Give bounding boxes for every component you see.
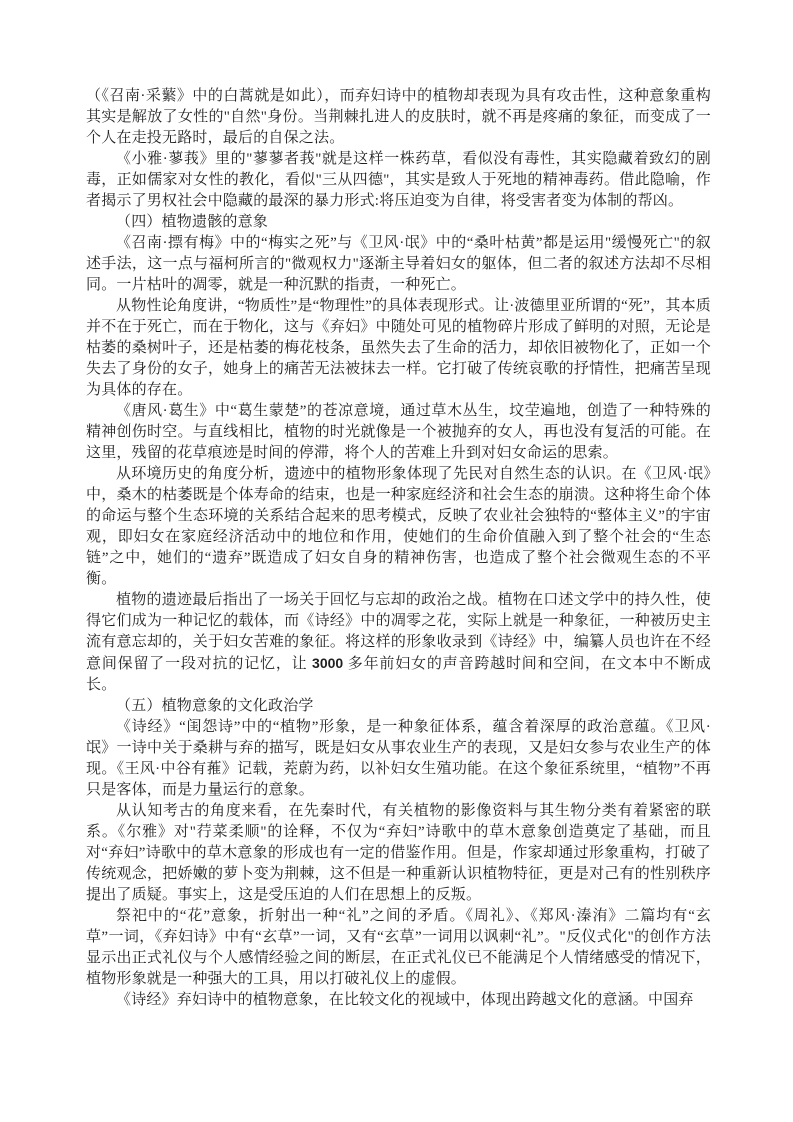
paragraph: 植物的遗迹最后指出了一场关于回忆与忘却的政治之战。植物在口述文学中的持久性，使得…	[86, 590, 711, 696]
inline-number: 3000	[312, 655, 343, 671]
paragraph: 从认知考古的角度来看，在先秦时代，有关植物的影像资料与其生物分类有着紧密的联系。…	[86, 801, 711, 906]
document-page: （《召南·采蘩》中的白蒿就是如此），而弃妇诗中的植物却表现为具有攻击性，这种意象…	[86, 86, 711, 1011]
paragraph: 《召南·摽有梅》中的“梅实之死”与《卫风·氓》中的“桑叶枯黄”都是运用"缓慢死亡…	[86, 233, 711, 296]
paragraph: 《诗经》“闺怨诗”中的“植物”形象，是一种象征体系，蕴含着深厚的政治意蕴。《卫风…	[86, 717, 711, 801]
section-heading: （五）植物意象的文化政治学	[86, 696, 711, 717]
paragraph: 从环境历史的角度分析，遗迹中的植物形象体现了先民对自然生态的认识。在《卫风·氓》…	[86, 464, 711, 590]
section-heading: （四）植物遗骸的意象	[86, 212, 711, 233]
paragraph: 《唐风·葛生》中“葛生蒙楚”的苍凉意境，通过草木丛生，坟茔遍地，创造了一种特殊的…	[86, 401, 711, 464]
paragraph: 《诗经》弃妇诗中的植物意象，在比较文化的视域中，体现出跨越文化的意涵。中国弃	[86, 990, 711, 1011]
paragraph: （《召南·采蘩》中的白蒿就是如此），而弃妇诗中的植物却表现为具有攻击性，这种意象…	[86, 86, 711, 149]
paragraph: 祭祀中的“花”意象，折射出一种“礼”之间的矛盾。《周礼》、《郑风·溱洧》二篇均有…	[86, 906, 711, 990]
paragraph: 《小雅·蓼莪》里的"蓼蓼者莪"就是这样一株药草，看似没有毒性，其实隐藏着致幻的剧…	[86, 149, 711, 212]
paragraph: 从物性论角度讲，“物质性”是“物理性”的具体表现形式。让·波德里亚所谓的“死”，…	[86, 296, 711, 401]
